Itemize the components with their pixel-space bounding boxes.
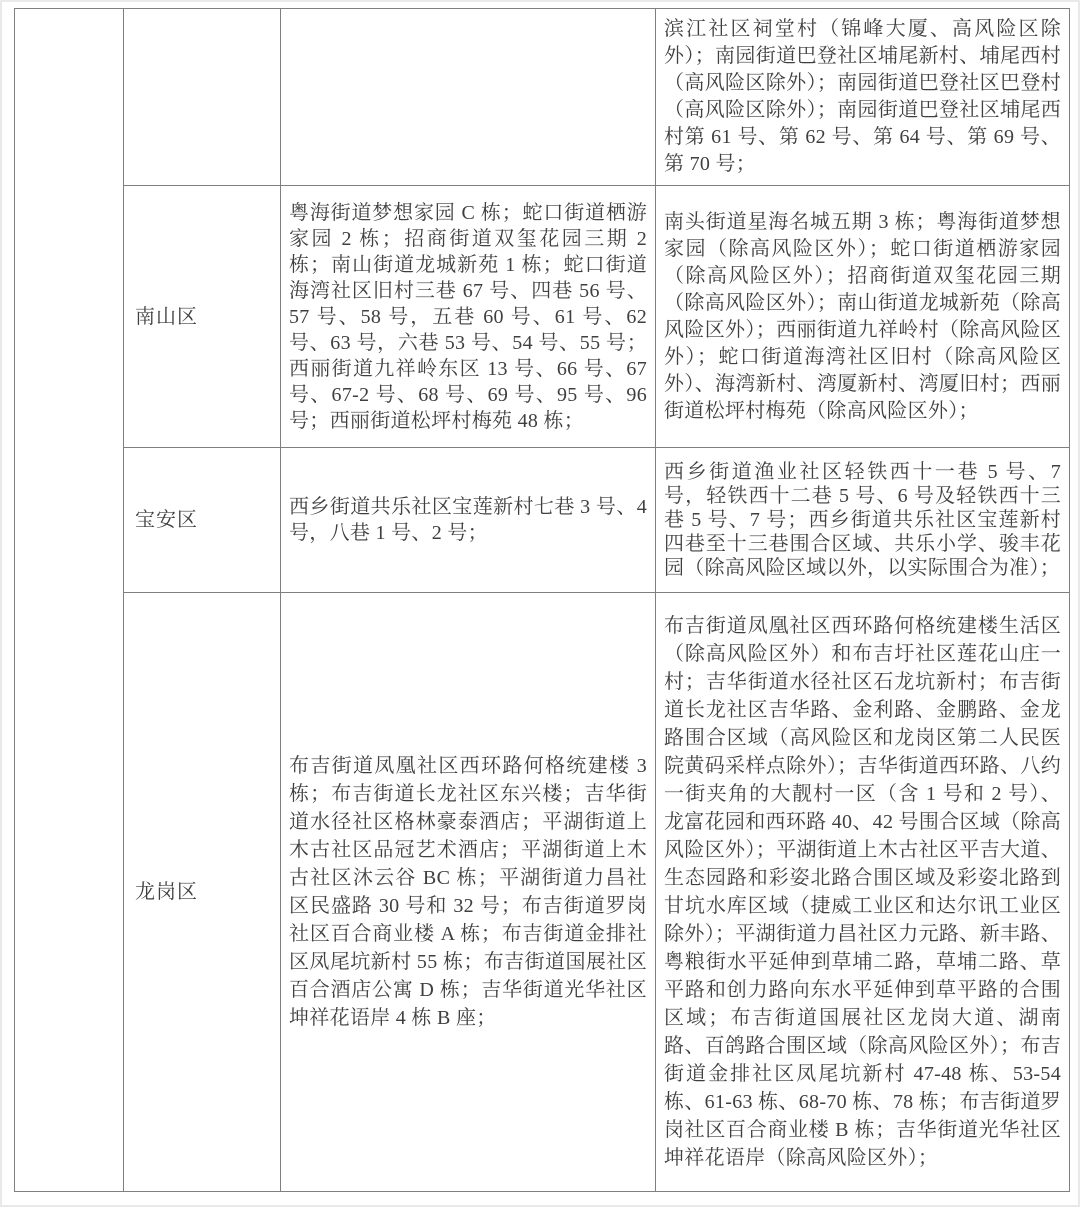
building-text: 粤海街道梦想家园 C 栋；蛇口街道栖游家园 2 栋；招商街道双玺花园三期 2 栋…: [281, 200, 655, 434]
building-text: 布吉街道凤凰社区西环路何格统建楼 3 栋；布吉街道长龙社区东兴楼；吉华街道水径社…: [281, 748, 655, 1036]
building-text: 西乡街道共乐社区宝莲新村七巷 3 号、4 号，八巷 1 号、2 号；: [281, 490, 655, 550]
area-cell-longgang: 布吉街道凤凰社区西环路何格统建楼生活区（除高风险区外）和布吉圩社区莲花山庄一村；…: [656, 593, 1069, 1191]
district-label: 龙岗区: [124, 875, 280, 909]
risk-area-table: 滨江社区祠堂村（锦峰大厦、高风险区除外）；南园街道巴登社区埔尾新村、埔尾西村（高…: [14, 8, 1070, 1192]
district-cell-row1-empty: [124, 9, 281, 186]
area-cell-baoan: 西乡街道渔业社区轻铁西十一巷 5 号、7 号，轻铁西十二巷 5 号、6 号及轻铁…: [656, 448, 1069, 593]
building-cell-baoan: 西乡街道共乐社区宝莲新村七巷 3 号、4 号，八巷 1 号、2 号；: [281, 448, 656, 593]
district-cell-nanshan: 南山区: [124, 186, 281, 448]
area-text: 西乡街道渔业社区轻铁西十一巷 5 号、7 号，轻铁西十二巷 5 号、6 号及轻铁…: [656, 460, 1069, 580]
left-spanning-cell: [15, 9, 124, 1191]
area-cell-row1: 滨江社区祠堂村（锦峰大厦、高风险区除外）；南园街道巴登社区埔尾新村、埔尾西村（高…: [656, 9, 1069, 186]
area-text: 南头街道星海名城五期 3 栋；粤海街道梦想家园（除高风险区外）；蛇口街道栖游家园…: [656, 205, 1069, 429]
building-cell-longgang: 布吉街道凤凰社区西环路何格统建楼 3 栋；布吉街道长龙社区东兴楼；吉华街道水径社…: [281, 593, 656, 1191]
district-cell-baoan: 宝安区: [124, 448, 281, 593]
area-text: 滨江社区祠堂村（锦峰大厦、高风险区除外）；南园街道巴登社区埔尾新村、埔尾西村（高…: [656, 12, 1069, 182]
building-cell-nanshan: 粤海街道梦想家园 C 栋；蛇口街道栖游家园 2 栋；招商街道双玺花园三期 2 栋…: [281, 186, 656, 448]
document-page: 滨江社区祠堂村（锦峰大厦、高风险区除外）；南园街道巴登社区埔尾新村、埔尾西村（高…: [0, 0, 1080, 1207]
building-cell-row1-empty: [281, 9, 656, 186]
district-label: 南山区: [124, 300, 280, 334]
area-text: 布吉街道凤凰社区西环路何格统建楼生活区（除高风险区外）和布吉圩社区莲花山庄一村；…: [656, 608, 1069, 1176]
district-label: 宝安区: [124, 503, 280, 537]
area-cell-nanshan: 南头街道星海名城五期 3 栋；粤海街道梦想家园（除高风险区外）；蛇口街道栖游家园…: [656, 186, 1069, 448]
district-cell-longgang: 龙岗区: [124, 593, 281, 1191]
